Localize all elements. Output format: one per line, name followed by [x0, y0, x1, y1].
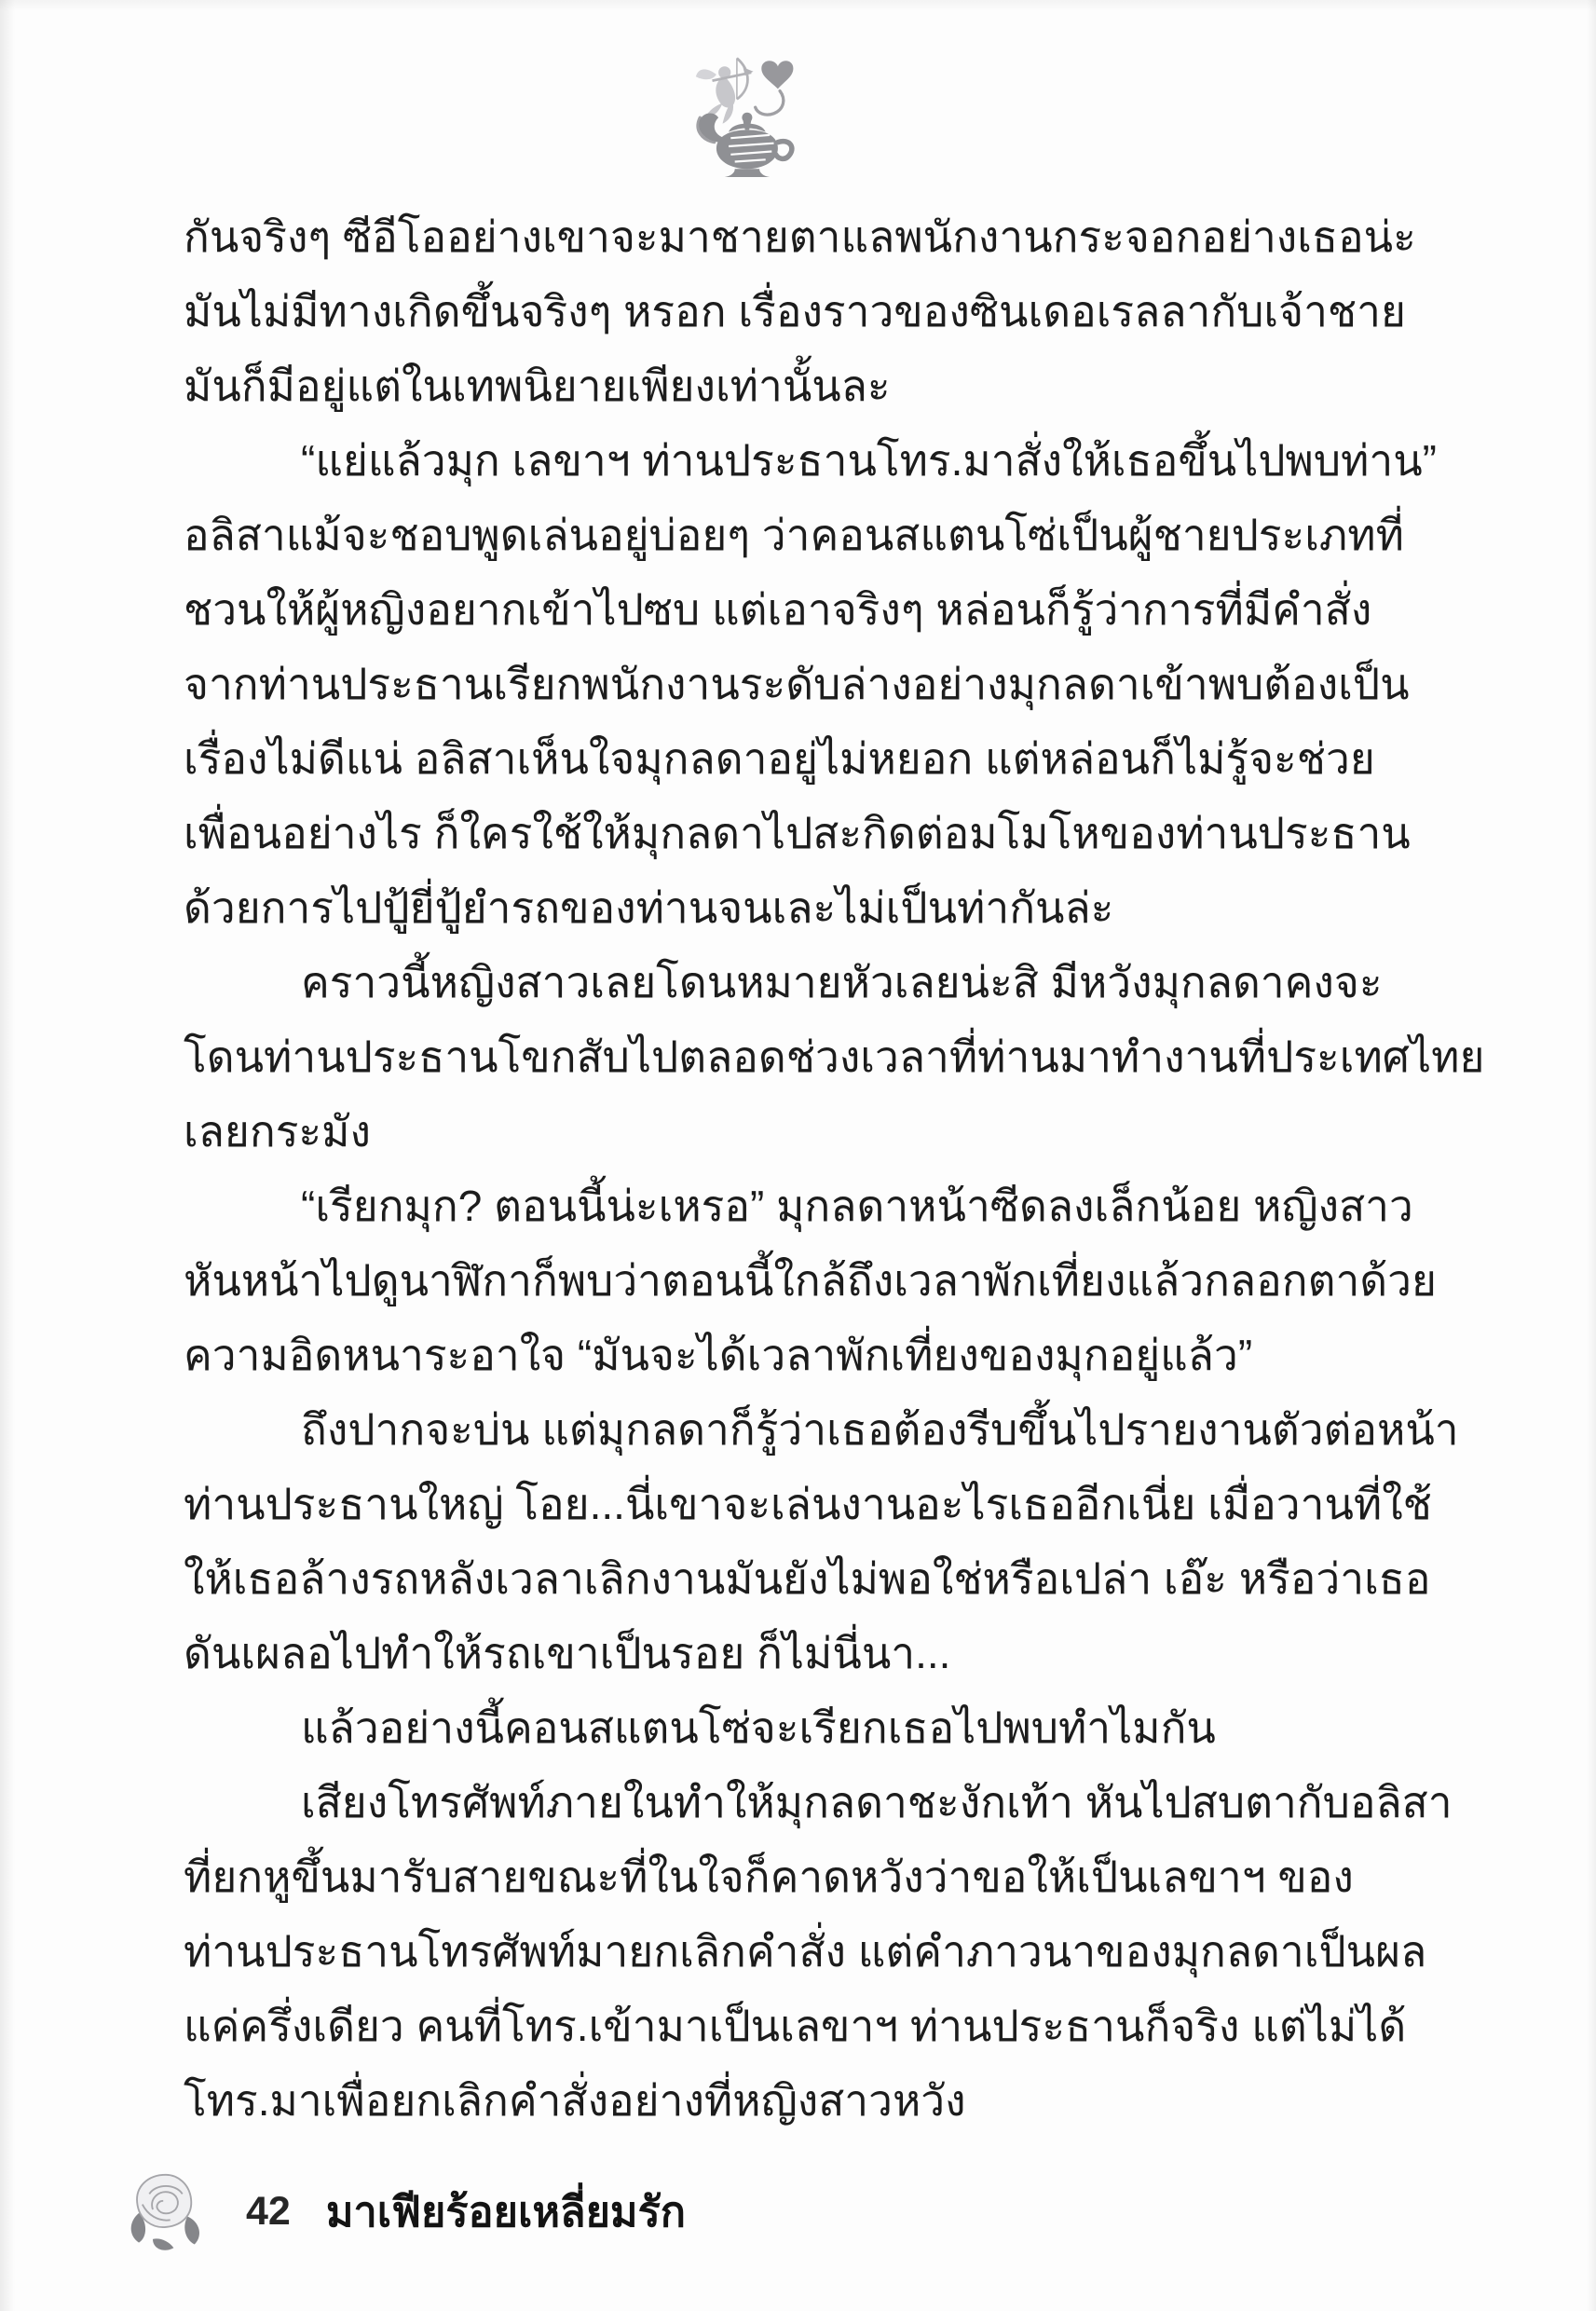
text-line: มันก็มีอยู่แต่ในเทพนิยายเพียงเท่านั้นละ [184, 349, 1332, 423]
rose-icon [127, 2167, 205, 2255]
text-line: ถึงปากจะบ่น แต่มุกลดาก็รู้ว่าเธอต้องรีบข… [184, 1392, 1332, 1467]
text-line: เพื่อนอย่างไร ก็ใครใช้ให้มุกลดาไปสะกิดต่… [184, 796, 1332, 870]
text-line: ด้วยการไปปู้ยี่ปู้ยำรถของท่านจนเละไม่เป็… [184, 870, 1332, 945]
text-line: มันไม่มีทางเกิดขึ้นจริงๆ หรอก เรื่องราวข… [184, 274, 1332, 349]
text-line: โทร.มาเพื่อยกเลิกคำสั่งอย่างที่หญิงสาวหว… [184, 2063, 1332, 2138]
text-line: เสียงโทรศัพท์ภายในทำให้มุกลดาชะงักเท้า ห… [184, 1765, 1332, 1839]
text-line: ชวนให้ผู้หญิงอยากเข้าไปซบ แต่เอาจริงๆ หล… [184, 572, 1332, 647]
text-line: แค่ครึ่งเดียว คนที่โทร.เข้ามาเป็นเลขาฯ ท… [184, 1989, 1332, 2063]
text-line: แล้วอย่างนี้คอนสแตนโซ่จะเรียกเธอไปพบทำไม… [184, 1690, 1332, 1765]
page-footer: 42 มาเฟียร้อยเหลี่ยมรัก [127, 2167, 686, 2255]
text-line: “แย่แล้วมุก เลขาฯ ท่านประธานโทร.มาสั่งให… [184, 423, 1332, 498]
cupid-genie-lamp-ornament-icon [691, 54, 805, 177]
text-line: โดนท่านประธานโขกสับไปตลอดช่วงเวลาที่ท่าน… [184, 1019, 1332, 1094]
text-line: กันจริงๆ ซีอีโออย่างเขาจะมาชายตาแลพนักงา… [184, 199, 1332, 274]
text-line: เลยกระมัง [184, 1094, 1332, 1169]
text-line: อลิสาแม้จะชอบพูดเล่นอยู่บ่อยๆ ว่าคอนสแตน… [184, 498, 1332, 572]
text-line: ที่ยกหูขึ้นมารับสายขณะที่ในใจก็คาดหวังว่… [184, 1839, 1332, 1914]
genie-lamp [699, 113, 792, 177]
text-line: ท่านประธานใหญ่ โอย...นี่เขาจะเล่นงานอะไร… [184, 1467, 1332, 1541]
text-line: ความอิดหนาระอาใจ “มันจะได้เวลาพักเที่ยงข… [184, 1318, 1332, 1392]
text-line: จากท่านประธานเรียกพนักงานระดับล่างอย่างม… [184, 647, 1332, 721]
book-page: กันจริงๆ ซีอีโออย่างเขาจะมาชายตาแลพนักงา… [0, 0, 1596, 2311]
book-title: มาเฟียร้อยเหลี่ยมรัก [326, 2178, 686, 2245]
page-text: กันจริงๆ ซีอีโออย่างเขาจะมาชายตาแลพนักงา… [184, 199, 1332, 2138]
text-line: ให้เธอล้างรถหลังเวลาเลิกงานมันยังไม่พอใช… [184, 1541, 1332, 1616]
page-number: 42 [246, 2189, 291, 2235]
text-line: ท่านประธานโทรศัพท์มายกเลิกคำสั่ง แต่คำภา… [184, 1914, 1332, 1989]
text-line: คราวนี้หญิงสาวเลยโดนหมายหัวเลยน่ะสิ มีหว… [184, 945, 1332, 1019]
text-line: เรื่องไม่ดีแน่ อลิสาเห็นใจมุกลดาอยู่ไม่ห… [184, 721, 1332, 796]
text-line: ดันเผลอไปทำให้รถเขาเป็นรอย ก็ไม่นี่นา... [184, 1616, 1332, 1690]
text-line: หันหน้าไปดูนาฬิกาก็พบว่าตอนนี้ใกล้ถึงเวล… [184, 1243, 1332, 1318]
text-line: “เรียกมุก? ตอนนี้น่ะเหรอ” มุกลดาหน้าซีดล… [184, 1169, 1332, 1243]
